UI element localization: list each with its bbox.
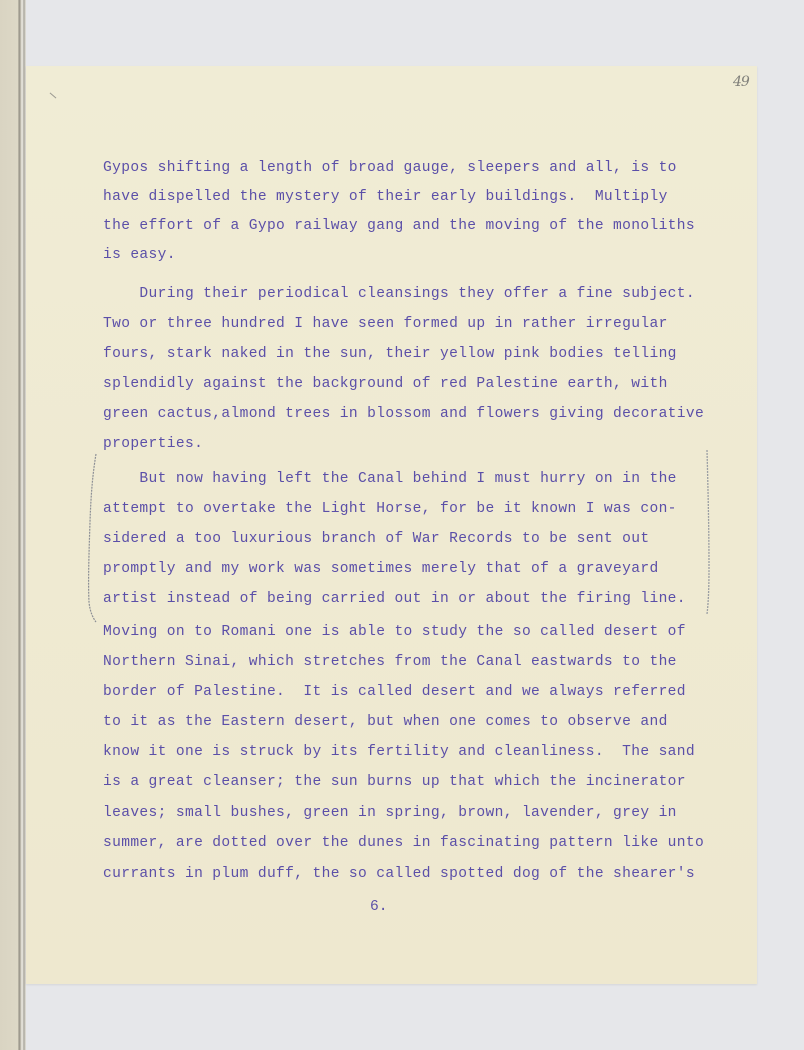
text-line: to it as the Eastern desert, but when on… (103, 712, 668, 732)
pencil-line-right-icon (703, 448, 713, 616)
text-line: Moving on to Romani one is able to study… (103, 622, 686, 642)
text-line: Gypos shifting a length of broad gauge, … (103, 158, 677, 178)
text-line: promptly and my work was sometimes merel… (103, 559, 659, 579)
text-line: summer, are dotted over the dunes in fas… (103, 833, 704, 853)
text-line: During their periodical cleansings they … (103, 284, 695, 304)
text-line: Northern Sinai, which stretches from the… (103, 652, 677, 672)
text-line: green cactus,almond trees in blossom and… (103, 404, 704, 424)
text-line: currants in plum duff, the so called spo… (103, 864, 695, 884)
text-line: have dispelled the mystery of their earl… (103, 187, 668, 207)
book-binding-edge (0, 0, 26, 1050)
page-number: 6. (370, 899, 388, 915)
text-line: leaves; small bushes, green in spring, b… (103, 803, 677, 823)
text-line: the effort of a Gypo railway gang and th… (103, 216, 695, 236)
text-line: Two or three hundred I have seen formed … (103, 314, 668, 334)
text-line: is easy. (103, 245, 176, 265)
text-line: splendidly against the background of red… (103, 374, 668, 394)
text-line: sidered a too luxurious branch of War Re… (103, 529, 649, 549)
text-line: But now having left the Canal behind I m… (103, 469, 677, 489)
text-line: fours, stark naked in the sun, their yel… (103, 344, 677, 364)
handwritten-folio-number: 49 (733, 74, 749, 90)
text-line: artist instead of being carried out in o… (103, 589, 686, 609)
text-line: is a great cleanser; the sun burns up th… (103, 772, 686, 792)
pencil-bracket-left-icon (84, 452, 100, 624)
text-line: border of Palestine. It is called desert… (103, 682, 686, 702)
text-line: properties. (103, 434, 203, 454)
text-line: know it one is struck by its fertility a… (103, 742, 695, 762)
text-line: attempt to overtake the Light Horse, for… (103, 499, 677, 519)
